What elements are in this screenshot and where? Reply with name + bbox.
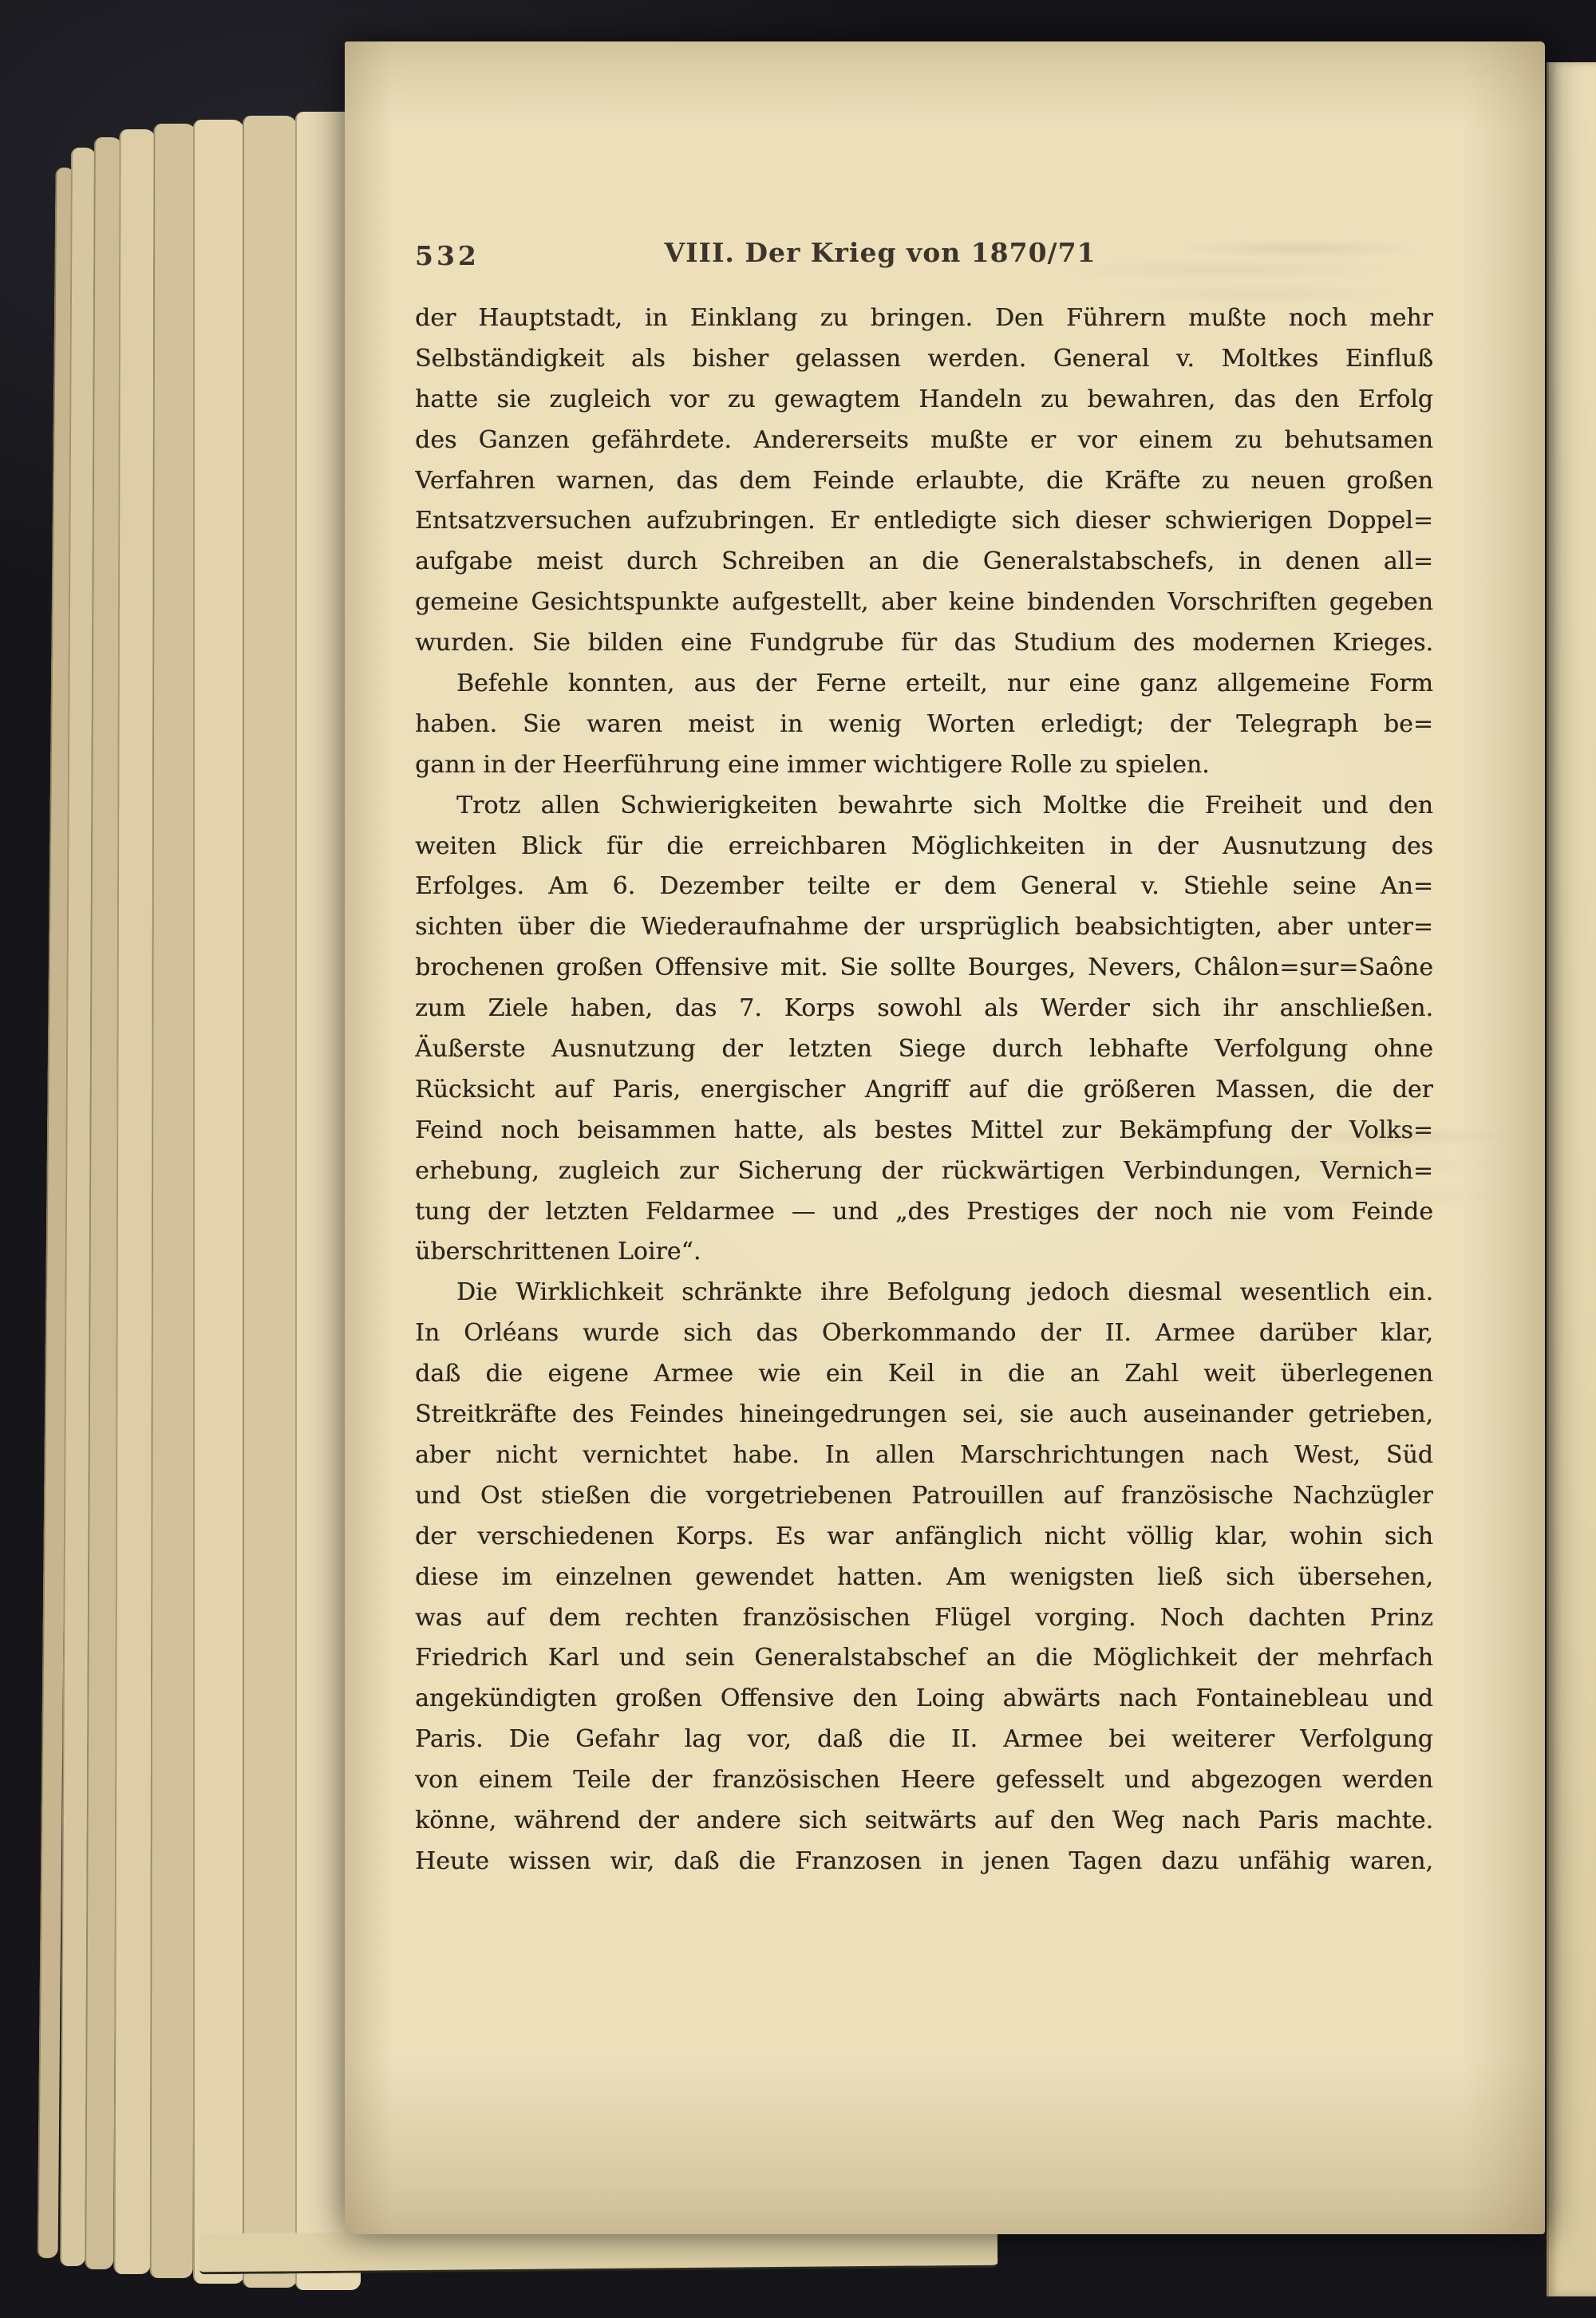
text-line: brochenen großen Offensive mit. Sie soll… <box>415 948 1433 989</box>
adjacent-page-edge <box>1547 62 1596 2296</box>
text-line: sichten über die Wiederaufnahme der ursp… <box>415 907 1433 948</box>
page-edge-stack-strip <box>193 120 244 2284</box>
text-line: angekündigten großen Offensive den Loing… <box>415 1679 1433 1720</box>
text-line: Die Wirklichkeit schränkte ihre Befolgun… <box>415 1273 1433 1313</box>
text-line: der Hauptstadt, in Einklang zu bringen. … <box>415 298 1433 339</box>
page-edge-stack-strip <box>150 124 197 2278</box>
paragraph: Die Wirklichkeit schränkte ihre Befolgun… <box>415 1273 1433 1882</box>
paragraph: Trotz allen Schwierigkeiten bewahrte sic… <box>415 786 1433 1274</box>
text-line: Äußerste Ausnutzung der letzten Siege du… <box>415 1029 1433 1070</box>
text-line: des Ganzen gefährdete. Andererseits mußt… <box>415 421 1433 461</box>
text-line: der verschiedenen Korps. Es war anfängli… <box>415 1517 1433 1558</box>
text-line: von einem Teile der französischen Heere … <box>415 1760 1433 1801</box>
text-line: Entsatzversuchen aufzubringen. Er entled… <box>415 501 1433 542</box>
text-line: gemeine Gesichtspunkte aufgestellt, aber… <box>415 582 1433 623</box>
page-content-area: 532 VIII. Der Krieg von 1870/71 der Haup… <box>415 41 1433 2234</box>
text-line: aber nicht vernichtet habe. In allen Mar… <box>415 1435 1433 1476</box>
text-line: hatte sie zugleich vor zu gewagtem Hande… <box>415 380 1433 421</box>
text-line: tung der letzten Feldarmee — und „des Pr… <box>415 1192 1433 1233</box>
text-line: Trotz allen Schwierigkeiten bewahrte sic… <box>415 786 1433 827</box>
paragraph: der Hauptstadt, in Einklang zu bringen. … <box>415 298 1433 664</box>
text-line: Erfolges. Am 6. Dezember teilte er dem G… <box>415 867 1433 907</box>
text-line: Feind noch beisammen hatte, als bestes M… <box>415 1111 1433 1151</box>
text-line: gann in der Heerführung eine immer wicht… <box>415 745 1433 786</box>
photo-of-open-book: { "colors":{ "background":"#15151a", "pa… <box>0 0 1596 2318</box>
text-line: haben. Sie waren meist in wenig Worten e… <box>415 705 1433 745</box>
paragraph: Befehle konnten, aus der Ferne erteilt, … <box>415 664 1433 786</box>
text-line: Heute wissen wir, daß die Franzosen in j… <box>415 1842 1433 1882</box>
page-header: 532 VIII. Der Krieg von 1870/71 <box>415 237 1433 280</box>
book-page: 532 VIII. Der Krieg von 1870/71 der Haup… <box>345 41 1545 2234</box>
text-line: erhebung, zugleich zur Sicherung der rüc… <box>415 1151 1433 1192</box>
text-line: diese im einzelnen gewendet hatten. Am w… <box>415 1558 1433 1598</box>
text-line: was auf dem rechten französischen Flügel… <box>415 1598 1433 1639</box>
text-line: wurden. Sie bilden eine Fundgrube für da… <box>415 623 1433 664</box>
text-line: Streitkräfte des Feindes hineingedrungen… <box>415 1395 1433 1435</box>
text-line: In Orléans wurde sich das Oberkommando d… <box>415 1313 1433 1354</box>
body-text: der Hauptstadt, in Einklang zu bringen. … <box>415 298 1433 1882</box>
text-line: Befehle konnten, aus der Ferne erteilt, … <box>415 664 1433 705</box>
text-line: Rücksicht auf Paris, energischer Angriff… <box>415 1070 1433 1111</box>
text-line: Paris. Die Gefahr lag vor, daß die II. A… <box>415 1720 1433 1760</box>
text-line: aufgabe meist durch Schreiben an die Gen… <box>415 542 1433 582</box>
page-edge-stack-strip <box>243 116 297 2288</box>
text-line: Friedrich Karl und sein Generalstabschef… <box>415 1638 1433 1679</box>
text-line: Selbständigkeit als bisher gelassen werd… <box>415 339 1433 380</box>
text-line: zum Ziele haben, das 7. Korps sowohl als… <box>415 989 1433 1029</box>
text-line: Verfahren warnen, das dem Feinde erlaubt… <box>415 461 1433 502</box>
text-line: überschrittenen Loire“. <box>415 1232 1433 1273</box>
text-line: und Ost stießen die vorgetriebenen Patro… <box>415 1476 1433 1517</box>
running-title: VIII. Der Krieg von 1870/71 <box>371 237 1389 268</box>
text-line: daß die eigene Armee wie ein Keil in die… <box>415 1354 1433 1395</box>
text-line: weiten Blick für die erreichbaren Möglic… <box>415 827 1433 867</box>
text-line: könne, während der andere sich seitwärts… <box>415 1801 1433 1842</box>
